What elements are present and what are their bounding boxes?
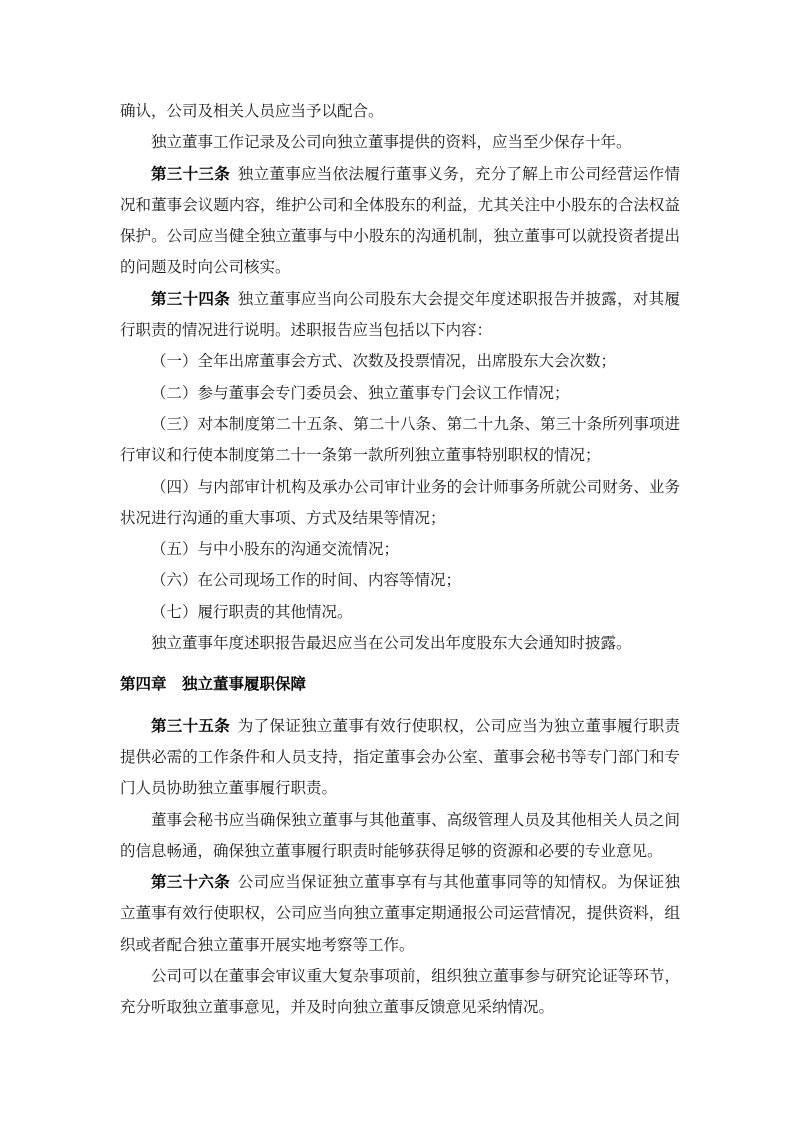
paragraph-continuation: 确认，公司及相关人员应当予以配合。 — [120, 96, 680, 127]
list-item-7: （七）履行职责的其他情况。 — [120, 597, 680, 628]
article-34: 第三十四条独立董事应当向公司股东大会提交年度述职报告并披露，对其履行职责的情况进… — [120, 284, 680, 347]
article-number: 第三十五条 — [151, 717, 230, 735]
list-item-3: （三）对本制度第二十五条、第二十八条、第二十九条、第三十条所列事项进行审议和行使… — [120, 409, 680, 472]
paragraph-secretary-duty: 董事会秘书应当确保独立董事与其他董事、高级管理人员及其他相关人员之间的信息畅通，… — [120, 805, 680, 868]
list-item-4: （四）与内部审计机构及承办公司审计业务的会计师事务所就公司财务、业务状况进行沟通… — [120, 472, 680, 535]
article-36: 第三十六条公司应当保证独立董事享有与其他董事同等的知情权。为保证独立董事有效行使… — [120, 867, 680, 961]
document-page: 确认，公司及相关人员应当予以配合。 独立董事工作记录及公司向独立董事提供的资料，… — [120, 96, 680, 1024]
paragraph-records-retention: 独立董事工作记录及公司向独立董事提供的资料，应当至少保存十年。 — [120, 127, 680, 158]
chapter-heading: 第四章 独立董事履职保障 — [120, 669, 680, 700]
article-number: 第三十三条 — [151, 165, 230, 183]
paragraph-report-disclosure: 独立董事年度述职报告最迟应当在公司发出年度股东大会通知时披露。 — [120, 628, 680, 659]
paragraph-major-matters: 公司可以在董事会审议重大复杂事项前，组织独立董事参与研究论证等环节，充分听取独立… — [120, 961, 680, 1024]
list-item-1: （一）全年出席董事会方式、次数及投票情况，出席股东大会次数； — [120, 346, 680, 377]
list-item-5: （五）与中小股东的沟通交流情况； — [120, 534, 680, 565]
list-item-2: （二）参与董事会专门委员会、独立董事专门会议工作情况； — [120, 378, 680, 409]
article-number: 第三十六条 — [151, 873, 230, 891]
article-35: 第三十五条为了保证独立董事有效行使职权，公司应当为独立董事履行职责提供必需的工作… — [120, 711, 680, 805]
article-number: 第三十四条 — [151, 290, 230, 308]
list-item-6: （六）在公司现场工作的时间、内容等情况； — [120, 565, 680, 596]
article-33: 第三十三条独立董事应当依法履行董事义务，充分了解上市公司经营运作情况和董事会议题… — [120, 159, 680, 284]
